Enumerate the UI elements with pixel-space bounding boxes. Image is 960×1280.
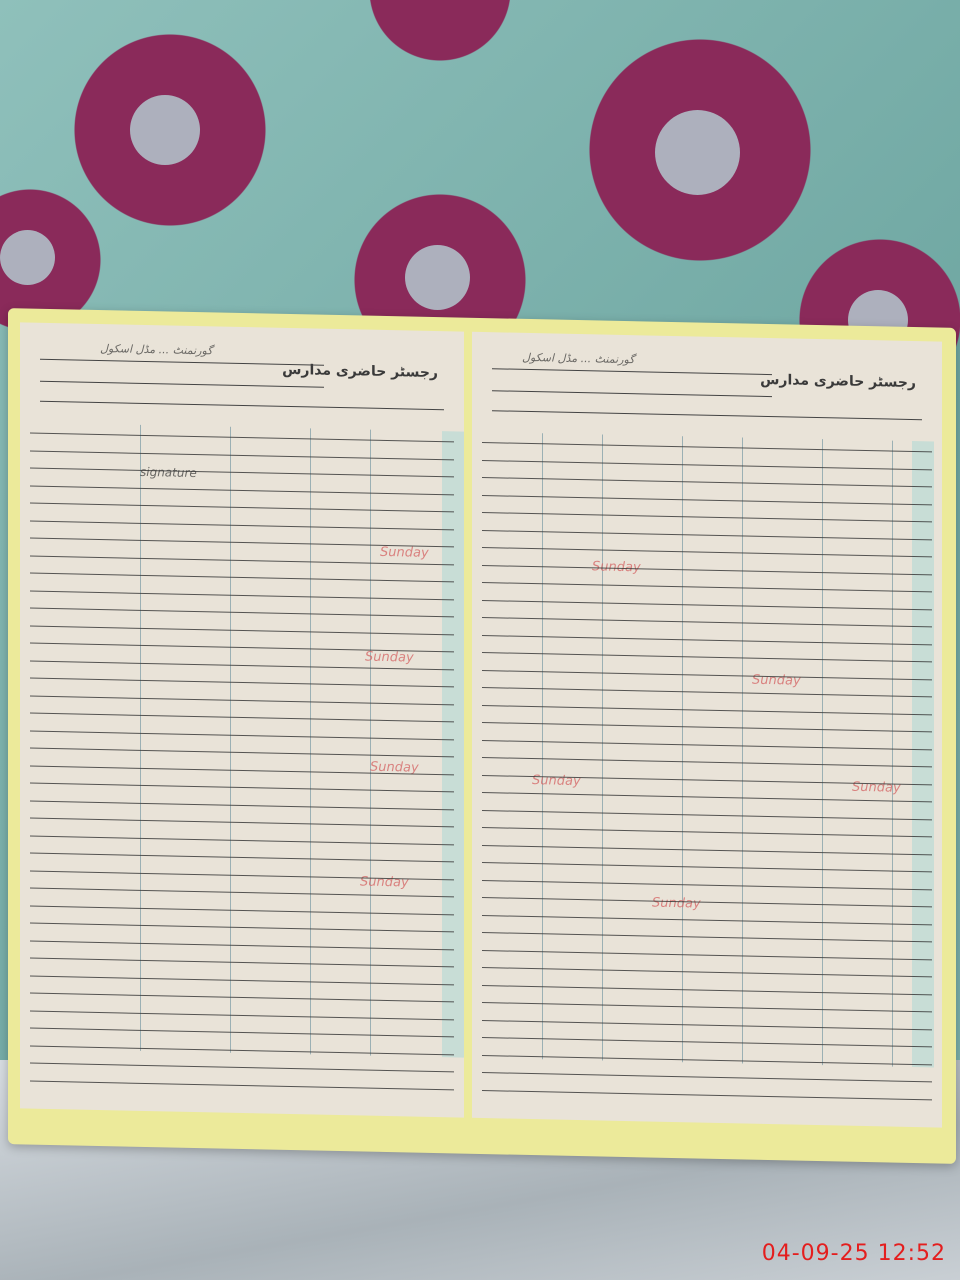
ruled-line xyxy=(30,1080,454,1090)
ruled-line xyxy=(30,905,454,915)
cloth-rosette xyxy=(0,230,55,285)
ruled-line xyxy=(482,705,932,715)
ruled-line xyxy=(30,468,454,478)
ruled-line xyxy=(482,617,932,627)
signature-stamp: signature xyxy=(140,465,197,480)
ruled-line xyxy=(482,810,932,820)
ruled-line xyxy=(482,1072,932,1082)
ruled-line xyxy=(30,643,454,653)
ruled-line xyxy=(482,1037,932,1047)
attendance-register: رجسٹر حاضری مدارس گورنمنٹ ... مڈل اسکول … xyxy=(8,308,956,1164)
ruled-line xyxy=(482,897,932,907)
ruled-line xyxy=(30,958,454,968)
ruled-line xyxy=(482,932,932,942)
ruled-line xyxy=(30,748,454,758)
ruled-line xyxy=(30,450,454,460)
right-page: رجسٹر حاضری مدارس گورنمنٹ ... مڈل اسکول … xyxy=(472,332,942,1128)
ruled-line xyxy=(30,818,454,828)
ruled-line xyxy=(482,495,932,505)
red-ink-mark: Sunday xyxy=(652,896,701,912)
ruled-line xyxy=(30,433,454,443)
ruled-line xyxy=(30,975,454,985)
ruled-line xyxy=(482,460,932,470)
ruled-line xyxy=(30,678,454,688)
ruled-line xyxy=(30,625,454,635)
ruled-line xyxy=(30,538,454,548)
ruled-line xyxy=(30,800,454,810)
ruled-line xyxy=(482,740,932,750)
ruled-line xyxy=(482,442,932,452)
right-page-title: رجسٹر حاضری مدارس xyxy=(760,372,916,391)
left-page: رجسٹر حاضری مدارس گورنمنٹ ... مڈل اسکول … xyxy=(20,322,464,1117)
ruled-line xyxy=(482,635,932,645)
ruled-line xyxy=(30,993,454,1003)
ruled-line xyxy=(482,757,932,767)
right-page-header: رجسٹر حاضری مدارس گورنمنٹ ... مڈل اسکول xyxy=(492,346,922,435)
ruled-line xyxy=(30,485,454,495)
ruled-line xyxy=(30,608,454,618)
ruled-line xyxy=(482,950,932,960)
ruled-line xyxy=(30,783,454,793)
ruled-line xyxy=(30,940,454,950)
ruled-line xyxy=(30,520,454,530)
ruled-line xyxy=(30,573,454,583)
ruled-line xyxy=(482,582,932,592)
ruled-line xyxy=(30,590,454,600)
ruled-line xyxy=(30,1028,454,1038)
row-number-column xyxy=(912,441,934,1067)
ruled-line xyxy=(482,827,932,837)
ruled-line xyxy=(482,547,932,557)
ruled-line xyxy=(482,1002,932,1012)
ruled-line xyxy=(30,730,454,740)
ruled-line xyxy=(482,600,932,610)
right-page-school-line: گورنمنٹ ... مڈل اسکول xyxy=(522,351,634,366)
ruled-line xyxy=(482,1055,932,1065)
ruled-line xyxy=(482,880,932,890)
ruled-line xyxy=(482,915,932,925)
ruled-line xyxy=(30,923,454,933)
ruled-line xyxy=(30,835,454,845)
red-ink-mark: Sunday xyxy=(365,650,414,666)
left-page-school-line: گورنمنٹ ... مڈل اسکول xyxy=(100,342,212,357)
ruled-line xyxy=(482,512,932,522)
ruled-line xyxy=(482,652,932,662)
ruled-line xyxy=(30,713,454,723)
red-ink-mark: Sunday xyxy=(380,545,429,561)
ruled-line xyxy=(482,565,932,575)
ruled-line xyxy=(30,1063,454,1073)
cloth-rosette xyxy=(655,110,740,195)
ruled-line xyxy=(482,670,932,680)
ruled-line xyxy=(30,695,454,705)
ruled-line xyxy=(482,985,932,995)
row-number-column xyxy=(442,431,464,1057)
ruled-line xyxy=(30,1045,454,1055)
left-page-header: رجسٹر حاضری مدارس گورنمنٹ ... مڈل اسکول xyxy=(40,337,444,425)
ruled-line xyxy=(482,1090,932,1100)
cloth-rosette xyxy=(405,245,470,310)
ruled-line xyxy=(482,530,932,540)
ruled-line xyxy=(482,862,932,872)
ruled-line xyxy=(482,967,932,977)
cloth-rosette xyxy=(130,95,200,165)
ruled-line xyxy=(482,687,932,697)
ruled-line xyxy=(482,1020,932,1030)
ruled-line xyxy=(482,477,932,487)
ruled-line xyxy=(482,845,932,855)
ruled-line xyxy=(30,1010,454,1020)
ruled-line xyxy=(482,722,932,732)
ruled-line xyxy=(30,853,454,863)
ruled-line xyxy=(30,503,454,513)
camera-timestamp: 04-09-25 12:52 xyxy=(762,1241,946,1266)
